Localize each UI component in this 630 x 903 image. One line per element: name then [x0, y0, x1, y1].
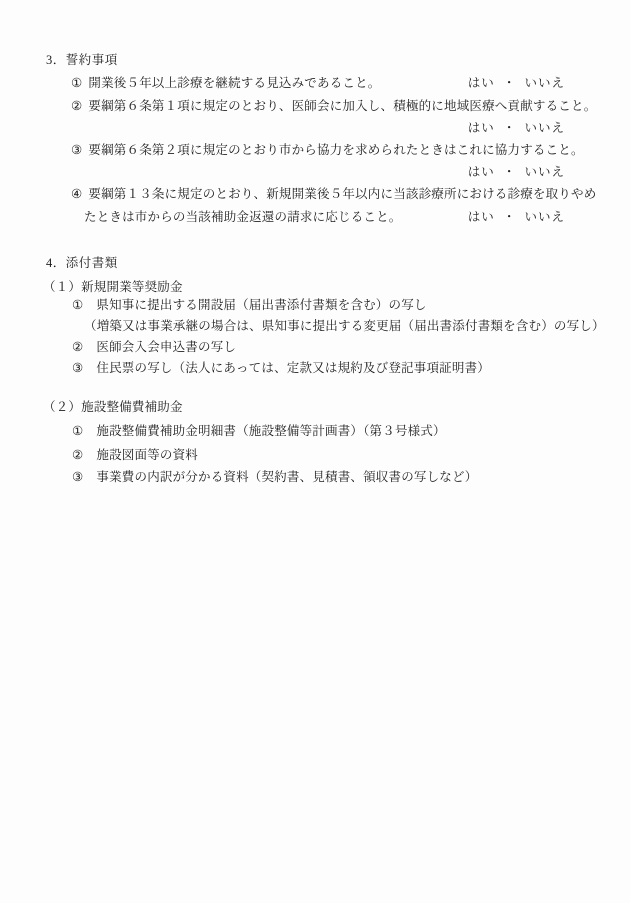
pledge-item-3: ③要綱第６条第２項に規定のとおり市から協力を求められたときはこれに協力すること。 [71, 143, 584, 158]
pledge-item-2-answer: はい ・ いいえ [468, 121, 565, 136]
circled-number-icon: ② [72, 340, 83, 355]
circled-number-icon: ② [71, 99, 82, 114]
attachment-item: ②施設図面等の資料 [72, 448, 198, 463]
pledge-item-2-text: 要綱第６条第１項に規定のとおり、医師会に加入し、積極的に地域医療へ貢献すること。 [88, 99, 596, 113]
pledge-item-3-text: 要綱第６条第２項に規定のとおり市から協力を求められたときはこれに協力すること。 [88, 143, 583, 157]
pledge-item-1: ①開業後５年以上診療を継続する見込みであること。 [71, 76, 381, 91]
circled-number-icon: ③ [71, 143, 82, 158]
section-attachments-heading: 4．添付書類 [46, 256, 118, 271]
attachment-item-text: 施設図面等の資料 [96, 448, 198, 462]
attachment-item-text: 事業費の内訳が分かる資料（契約書、見積書、領収書の写しなど） [96, 470, 477, 484]
circled-number-icon: ① [71, 76, 82, 91]
circled-number-icon: ① [72, 298, 83, 313]
circled-number-icon: ④ [71, 187, 82, 202]
section-pledge-heading: 3．誓約事項 [46, 53, 118, 68]
attachments-group-2-label: （２）施設整備費補助金 [43, 400, 183, 415]
pledge-item-1-answer: はい ・ いいえ [468, 76, 565, 91]
document-page: 3．誓約事項 ①開業後５年以上診療を継続する見込みであること。 はい ・ いいえ… [0, 0, 630, 903]
attachment-item: ②医師会入会申込書の写し [72, 340, 236, 355]
pledge-item-2: ②要綱第６条第１項に規定のとおり、医師会に加入し、積極的に地域医療へ貢献すること… [71, 99, 596, 114]
circled-number-icon: ① [72, 424, 83, 439]
pledge-item-3-answer: はい ・ いいえ [468, 165, 565, 180]
pledge-item-4-answer: はい ・ いいえ [468, 210, 565, 225]
attachment-item: ①県知事に提出する開設届（届出書添付書類を含む）の写し [72, 298, 427, 313]
circled-number-icon: ③ [72, 361, 83, 376]
circled-number-icon: ② [72, 448, 83, 463]
pledge-item-4-text-continuation: たときは市からの当該補助金返還の請求に応じること。 [84, 210, 402, 225]
attachment-item-text: 施設整備費補助金明細書（施設整備等計画書）（第３号様式） [96, 424, 445, 438]
attachment-item-text: 医師会入会申込書の写し [96, 340, 236, 354]
circled-number-icon: ③ [72, 470, 83, 485]
attachment-item-text: 県知事に提出する開設届（届出書添付書類を含む）の写し [96, 298, 426, 312]
pledge-item-4: ④要綱第１３条に規定のとおり、新規開業後５年以内に当該診療所における診療を取りや… [71, 187, 596, 202]
attachments-group-1-label: （１）新規開業等奨励金 [43, 280, 183, 295]
attachment-item: ③住民票の写し（法人にあっては、定款又は規約及び登記事項証明書） [72, 361, 490, 376]
attachment-item-text: 住民票の写し（法人にあっては、定款又は規約及び登記事項証明書） [96, 361, 490, 375]
attachment-item: ①施設整備費補助金明細書（施設整備等計画書）（第３号様式） [72, 424, 446, 439]
pledge-item-1-text: 開業後５年以上診療を継続する見込みであること。 [88, 76, 380, 90]
attachment-item-note: （増築又は事業承継の場合は、県知事に提出する変更届（届出書添付書類を含む）の写し… [84, 319, 605, 334]
attachment-item: ③事業費の内訳が分かる資料（契約書、見積書、領収書の写しなど） [72, 470, 477, 485]
pledge-item-4-text: 要綱第１３条に規定のとおり、新規開業後５年以内に当該診療所における診療を取りやめ [88, 187, 596, 201]
